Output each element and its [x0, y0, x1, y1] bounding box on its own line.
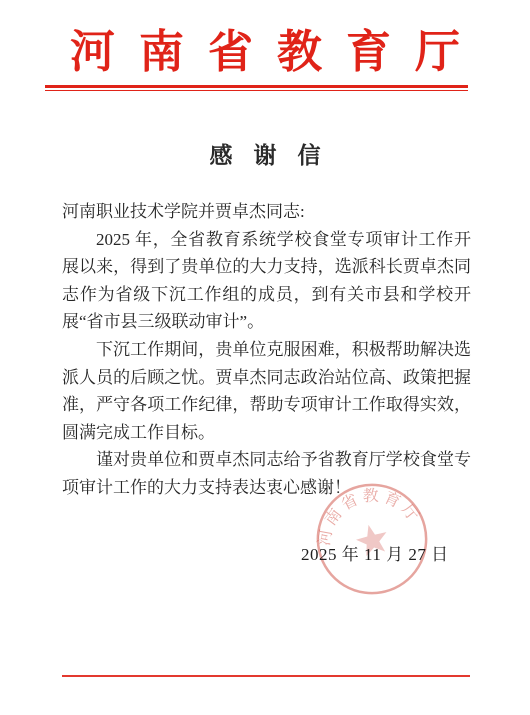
paragraph-1: 2025 年，全省教育系统学校食堂专项审计工作开展以来，得到了贵单位的大力支持，…	[62, 226, 471, 336]
letter-date: 2025 年 11 月 27 日	[301, 540, 461, 565]
letterhead-rule-thin	[45, 90, 468, 91]
paragraph-3: 谨对贵单位和贾卓杰同志给予省教育厅学校食堂专项审计工作的大力支持表达衷心感谢！	[62, 446, 471, 501]
paragraph-2: 下沉工作期间，贵单位克服困难，积极帮助解决选派人员的后顾之忧。贾卓杰同志政治站位…	[62, 336, 471, 446]
footer-rule	[62, 675, 470, 677]
letterhead-rule-thick	[45, 85, 468, 88]
letterhead-title: 河南省教育厅	[0, 28, 530, 78]
letter-page: 河南省教育厅 感谢信 河南职业技术学院并贾卓杰同志: 2025 年，全省教育系统…	[0, 0, 530, 715]
letter-title: 感谢信	[0, 137, 530, 170]
salutation: 河南职业技术学院并贾卓杰同志:	[62, 198, 471, 226]
letter-body: 河南职业技术学院并贾卓杰同志: 2025 年，全省教育系统学校食堂专项审计工作开…	[62, 198, 471, 502]
